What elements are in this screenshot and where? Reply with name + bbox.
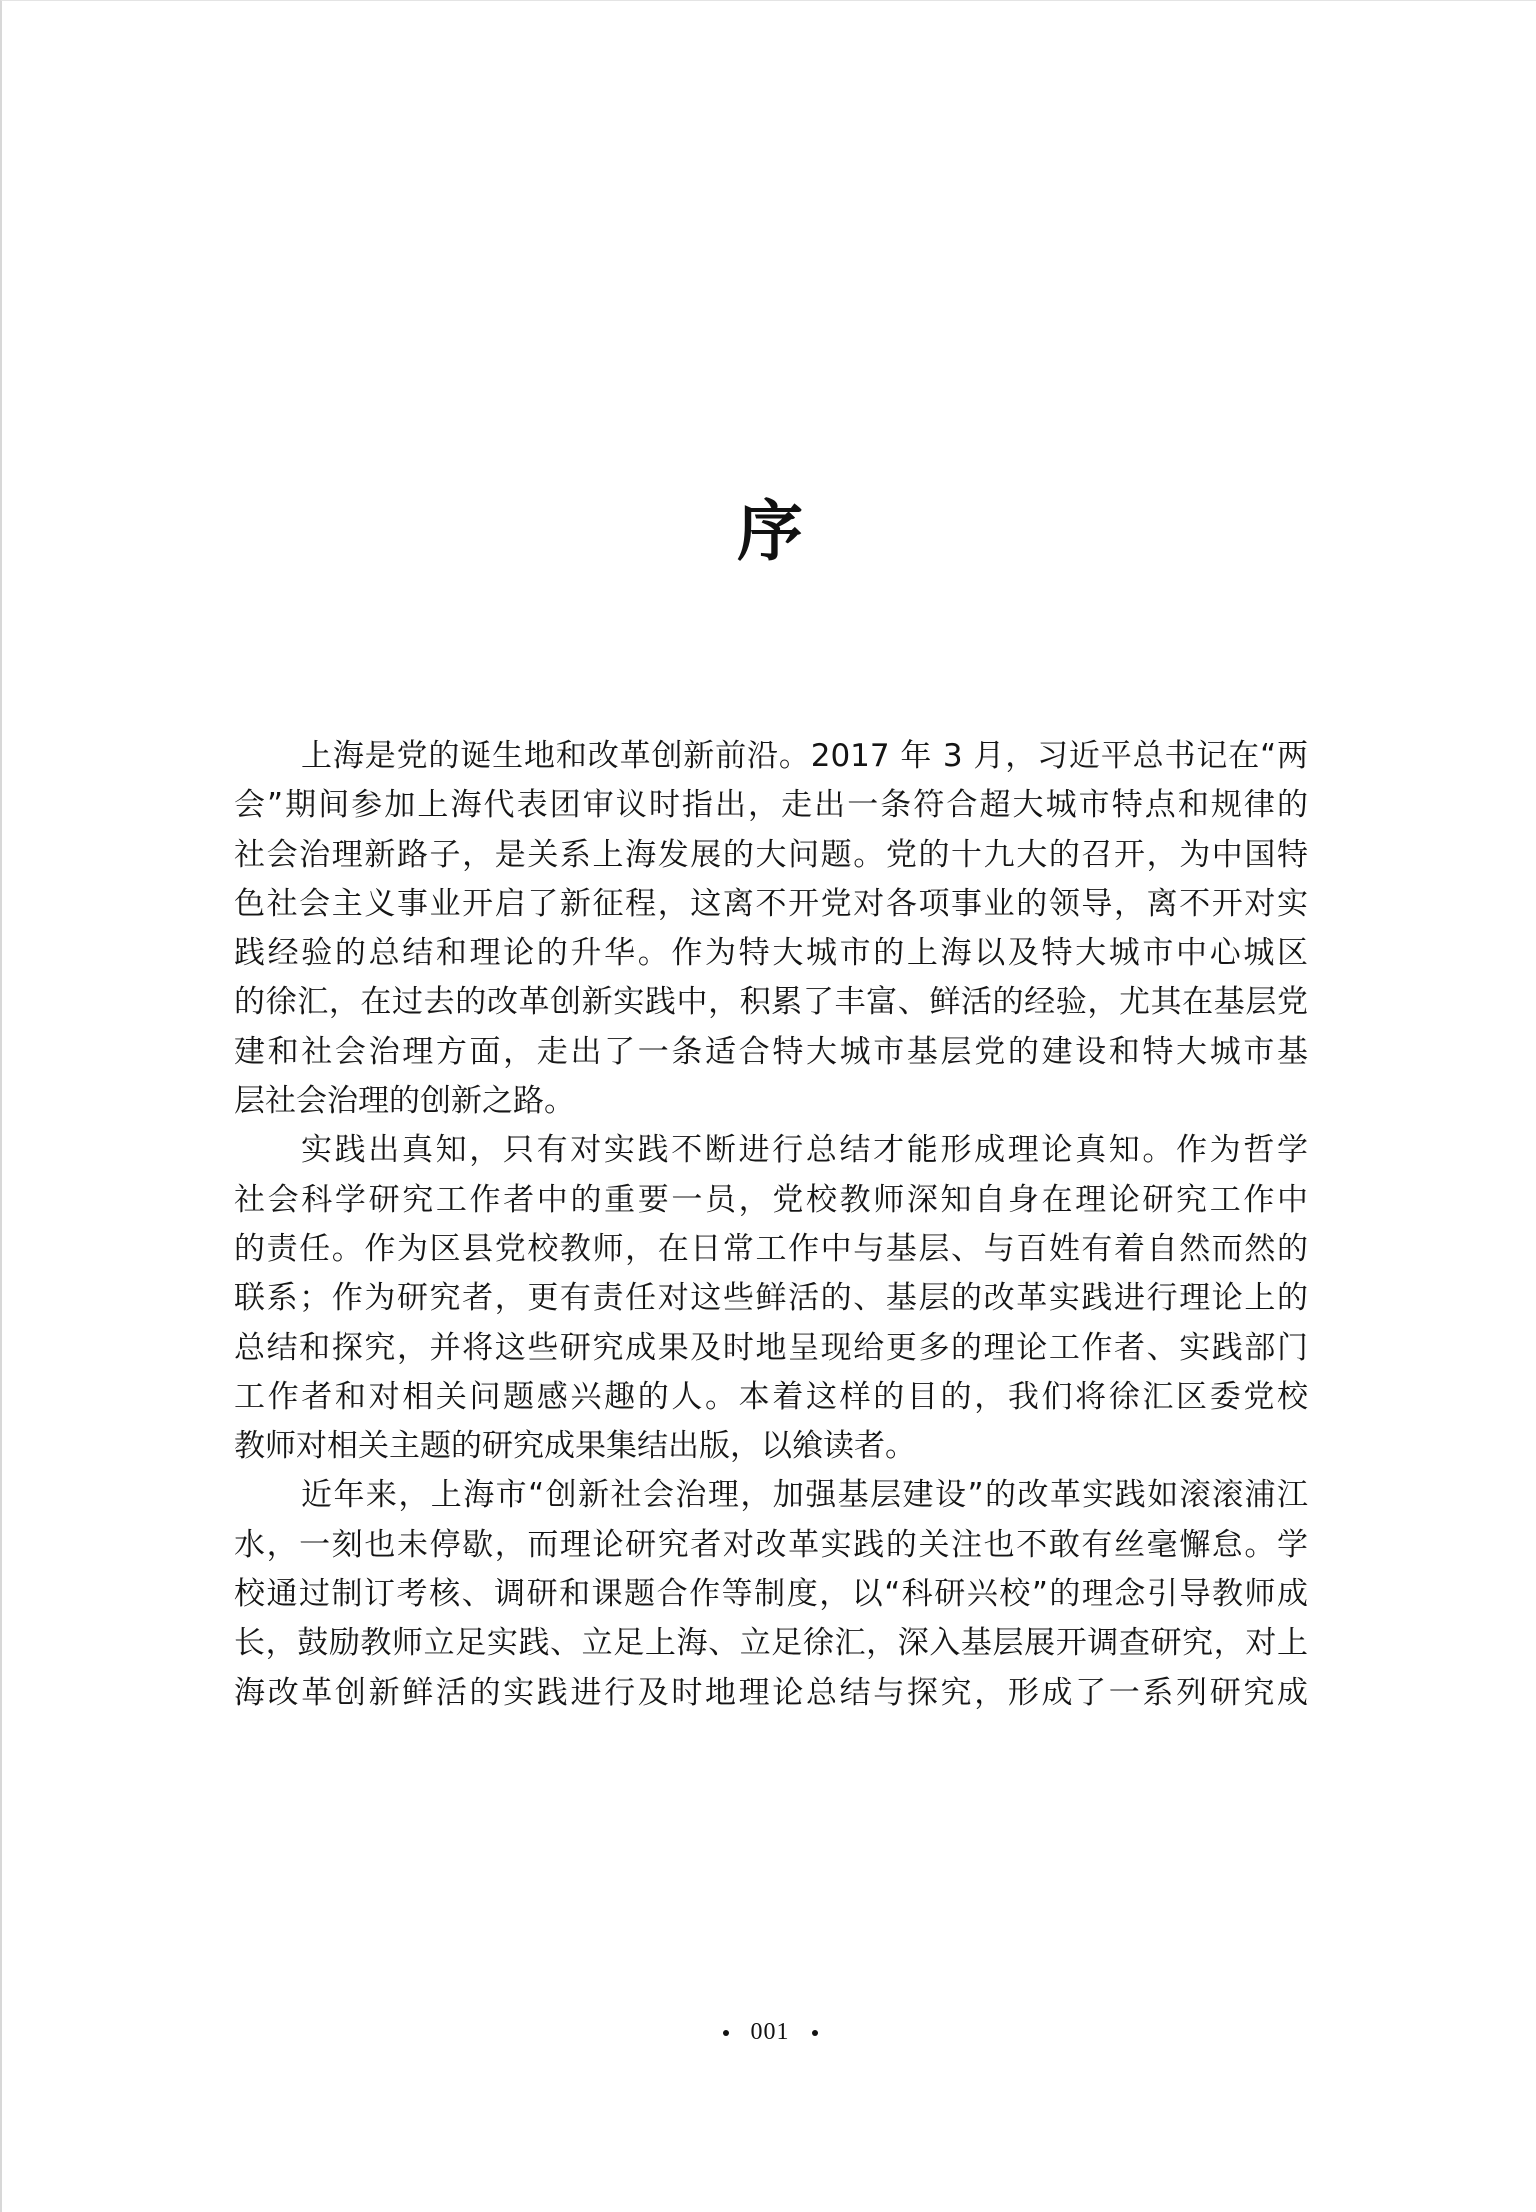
page-number-text: 001 (751, 2019, 790, 2045)
book-page: 序 上海是党的诞生地和改革创新前沿。2017 年 3 月，习近平总书记在“两 会… (0, 0, 1536, 2212)
text-line: 校通过制订考核、调研和课题合作等制度，以“科研兴校”的理念引导教师成 (234, 1570, 1308, 1619)
text-line: 的徐汇，在过去的改革创新实践中，积累了丰富、鲜活的经验，尤其在基层党 (234, 978, 1308, 1027)
paragraph-2: 实践出真知，只有对实践不断进行总结才能形成理论真知。作为哲学 社会科学研究工作者… (234, 1126, 1308, 1471)
paragraph-3: 近年来，上海市“创新社会治理，加强基层建设”的改革实践如滚滚浦江 水，一刻也未停… (234, 1471, 1308, 1717)
text-line: 会”期间参加上海代表团审议时指出，走出一条符合超大城市特点和规律的 (234, 781, 1308, 830)
paragraph-1: 上海是党的诞生地和改革创新前沿。2017 年 3 月，习近平总书记在“两 会”期… (234, 732, 1308, 1126)
text-line: 社会治理新路子，是关系上海发展的大问题。党的十九大的召开，为中国特 (234, 831, 1308, 880)
text-line: 社会科学研究工作者中的重要一员，党校教师深知自身在理论研究工作中 (234, 1176, 1308, 1225)
page-number: 001 (2, 2019, 1536, 2046)
text-line: 层社会治理的创新之路。 (234, 1077, 1308, 1126)
text-line: 工作者和对相关问题感兴趣的人。本着这样的目的，我们将徐汇区委党校 (234, 1373, 1308, 1422)
text-line: 色社会主义事业开启了新征程，这离不开党对各项事业的领导，离不开对实 (234, 880, 1308, 929)
bullet-dot-icon (723, 2030, 729, 2036)
body-text: 上海是党的诞生地和改革创新前沿。2017 年 3 月，习近平总书记在“两 会”期… (234, 732, 1308, 1718)
text-line: 实践出真知，只有对实践不断进行总结才能形成理论真知。作为哲学 (234, 1126, 1308, 1175)
text-line: 总结和探究，并将这些研究成果及时地呈现给更多的理论工作者、实践部门 (234, 1324, 1308, 1373)
text-line: 长，鼓励教师立足实践、立足上海、立足徐汇，深入基层展开调查研究，对上 (234, 1619, 1308, 1668)
bullet-dot-icon (812, 2030, 818, 2036)
text-line: 水，一刻也未停歇，而理论研究者对改革实践的关注也不敢有丝毫懈怠。学 (234, 1521, 1308, 1570)
text-line: 上海是党的诞生地和改革创新前沿。2017 年 3 月，习近平总书记在“两 (234, 732, 1308, 781)
text-line: 近年来，上海市“创新社会治理，加强基层建设”的改革实践如滚滚浦江 (234, 1471, 1308, 1520)
text-line: 建和社会治理方面，走出了一条适合特大城市基层党的建设和特大城市基 (234, 1028, 1308, 1077)
text-line: 教师对相关主题的研究成果集结出版，以飨读者。 (234, 1422, 1308, 1471)
text-line: 海改革创新鲜活的实践进行及时地理论总结与探究，形成了一系列研究成 (234, 1669, 1308, 1718)
text-line: 的责任。作为区县党校教师，在日常工作中与基层、与百姓有着自然而然的 (234, 1225, 1308, 1274)
text-line: 践经验的总结和理论的升华。作为特大城市的上海以及特大城市中心城区 (234, 929, 1308, 978)
chapter-title: 序 (2, 491, 1536, 571)
text-line: 联系；作为研究者，更有责任对这些鲜活的、基层的改革实践进行理论上的 (234, 1274, 1308, 1323)
